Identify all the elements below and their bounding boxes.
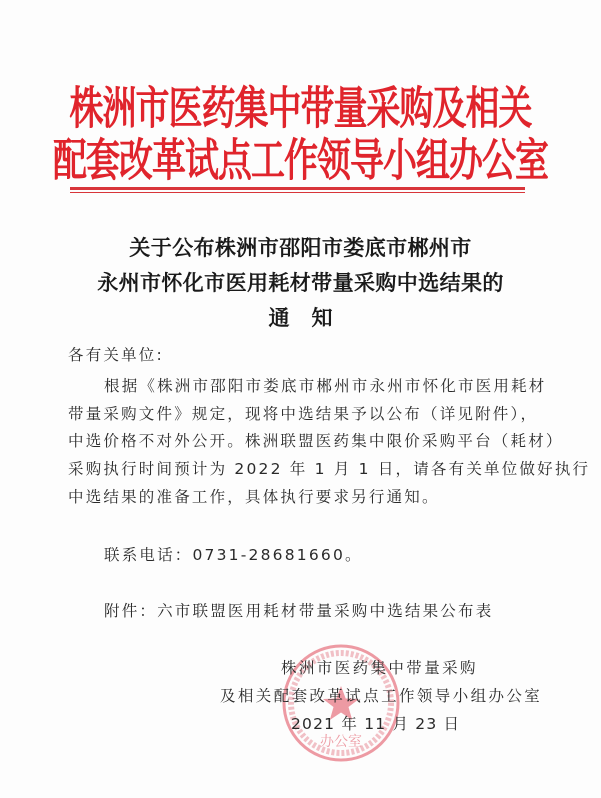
paragraph-line: 根据《株洲市邵阳市娄底市郴州市永州市怀化市医用耗材 <box>104 374 547 396</box>
paragraph-line: 带量采购文件》规定，现将中选结果予以公布（详见附件）， <box>68 402 538 424</box>
document-page: 株洲市医药集中带量采购及相关 配套改革试点工作领导小组办公室 关于公布株洲市邵阳… <box>0 0 601 798</box>
attachment-note: 附件：六市联盟医用耗材带量采购中选结果公布表 <box>104 599 493 621</box>
title-line-1: 关于公布株洲市邵阳市娄底市郴州市 <box>0 232 601 262</box>
paragraph-line: 中选结果的准备工作，具体执行要求另行通知。 <box>68 485 440 507</box>
paragraph-line: 中选价格不对外公开。株洲联盟医药集中限价采购平台（耗材） <box>68 429 564 451</box>
signature-date: 2021 年 11 月 23 日 <box>291 712 460 734</box>
masthead-line-2: 配套改革试点工作领导小组办公室 <box>0 124 601 189</box>
title-line-3: 通知 <box>0 302 601 332</box>
signature-line-2: 及相关配套改革试点工作领导小组办公室 <box>220 684 542 706</box>
red-rule-thin <box>70 192 525 193</box>
paragraph-line: 采购执行时间预计为 2022 年 1 月 1 日，请各有关单位做好执行 <box>68 457 590 479</box>
contact-phone: 联系电话：0731-28681660。 <box>104 543 363 565</box>
seal-bottom-text: 办公室 <box>320 733 362 750</box>
title-line-2: 永州市怀化市医用耗材带量采购中选结果的 <box>0 267 601 297</box>
red-rule-thick <box>70 187 525 190</box>
signature-line-1: 株洲市医药集中带量采购 <box>281 656 478 678</box>
salutation: 各有关单位: <box>68 343 164 365</box>
